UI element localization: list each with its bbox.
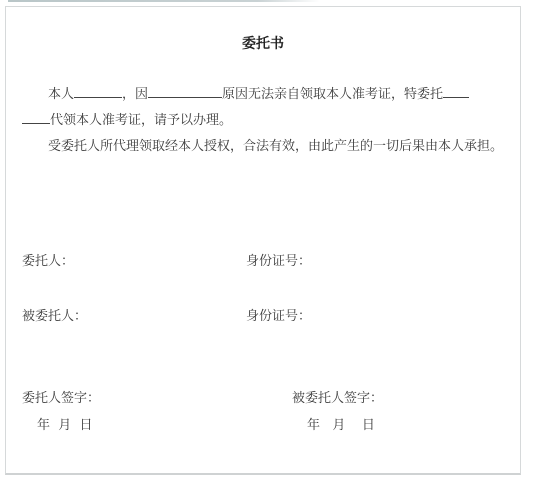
reason-blank[interactable] xyxy=(148,83,222,98)
agent-label: 被委托人： xyxy=(22,305,87,324)
agent-signature-label: 被委托人签字： xyxy=(292,387,383,406)
principal-signature-label: 委托人签字： xyxy=(22,387,100,406)
agent-blank-2[interactable] xyxy=(22,109,50,124)
agent-date: 年 月 日 xyxy=(307,414,375,433)
agent-id-label: 身份证号： xyxy=(246,305,311,324)
name-blank[interactable] xyxy=(74,83,122,98)
paragraph-2: 受委托人所代理领取经本人授权，合法有效，由此产生的一切后果由本人承担。 xyxy=(22,134,514,160)
principal-label: 委托人： xyxy=(22,250,74,269)
principal-date: 年 月 日 xyxy=(37,414,93,433)
paragraph-1: 本人，因原因无法亲自领取本人准考证，特委托代领本人准考证，请予以办理。 xyxy=(22,82,514,134)
agent-blank-1[interactable] xyxy=(443,83,469,98)
document-frame: 委托书 本人，因原因无法亲自领取本人准考证，特委托代领本人准考证，请予以办理。 … xyxy=(5,6,521,475)
document-title: 委托书 xyxy=(6,33,520,53)
principal-id-label: 身份证号： xyxy=(246,250,311,269)
top-decor-bar xyxy=(8,0,320,2)
